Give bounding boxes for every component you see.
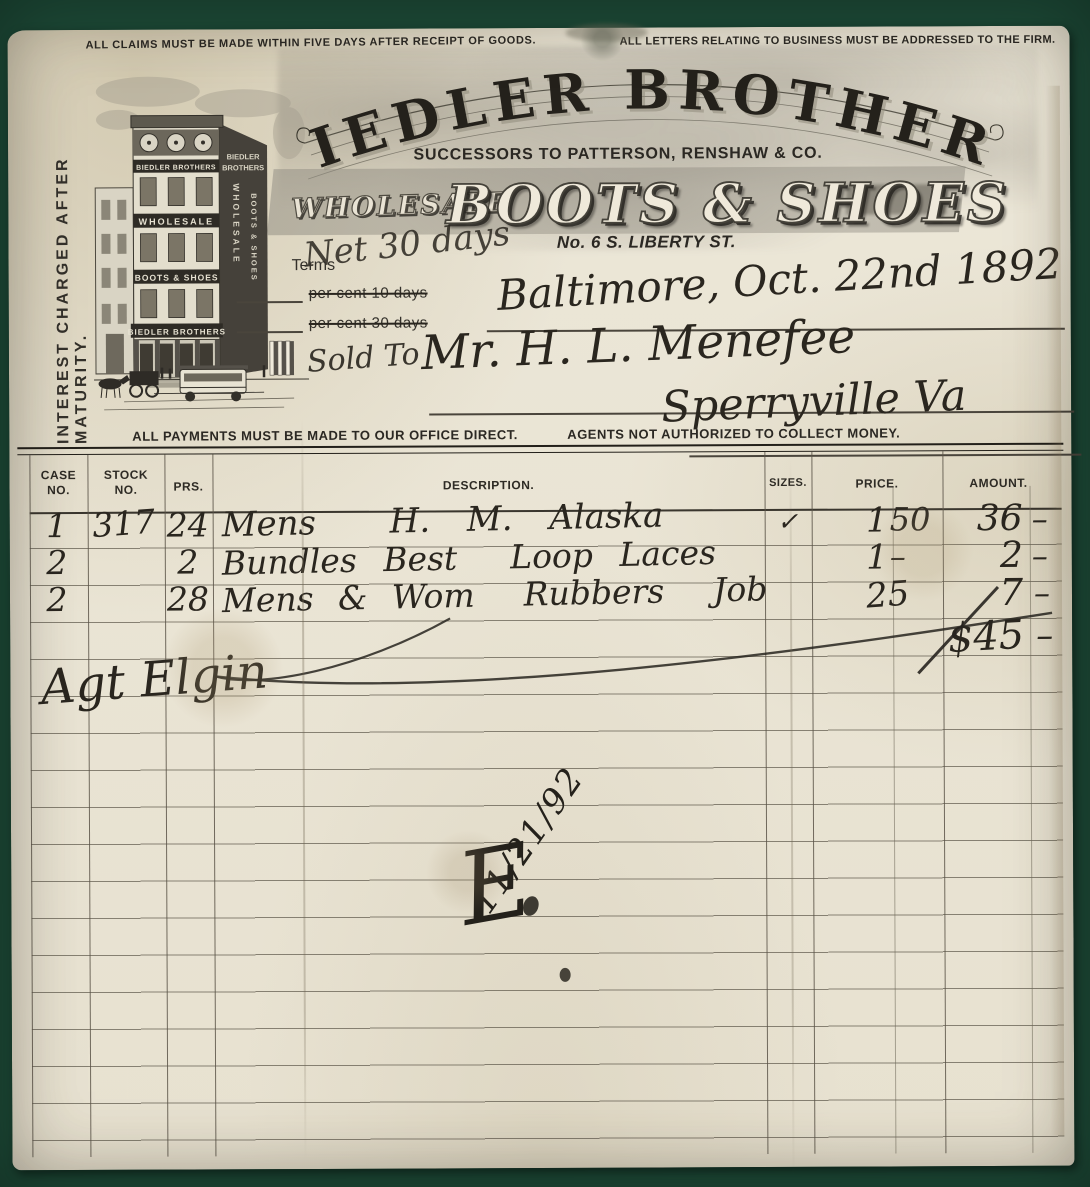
col-head-prs: PRS. [164, 479, 212, 494]
col-head-description: DESCRIPTION. [212, 477, 764, 494]
building-illustration: BIEDLER BROTHERS WHOLESALE BOOTS & SHOES… [93, 71, 310, 417]
side-sign-line2: BROTHERS [222, 163, 264, 172]
successors-line: SUCCESSORS TO PATTERSON, RENSHAW & CO. [338, 144, 898, 164]
row1-case: 1 [32, 506, 82, 545]
total-dash: – [1036, 616, 1066, 656]
row1-prs: 24 [163, 505, 213, 544]
col-head-price: PRICE. [811, 476, 942, 492]
street-address: No. 6 S. LIBERTY ST. [496, 232, 796, 253]
row2-price-dollars: 1 [812, 537, 888, 577]
row2-prs: 2 [163, 542, 213, 581]
product-word: BOOTS & SHOES [446, 170, 1009, 236]
row1-price-dollars: 1 [812, 500, 888, 540]
col-head-case: CASE NO. [29, 468, 87, 498]
side-sign-line4: BOOTS & SHOES [249, 193, 258, 282]
row3-price-cents: 25 [865, 572, 928, 616]
terms-option-30: per cent 30 days [309, 314, 428, 332]
building-sign-wholesale: WHOLESALE [139, 216, 215, 226]
customer-place: Sperryville Va [660, 371, 967, 433]
photograph-background: ALL CLAIMS MUST BE MADE WITHIN FIVE DAYS… [0, 0, 1090, 1187]
building-sign-storefront: BIEDLER BROTHERS [128, 327, 226, 336]
row3-amount-cents: – [1034, 574, 1064, 612]
place-underline [689, 454, 1081, 457]
row3-amount-dollars: 7 [943, 571, 1023, 614]
row1-sizes-check: ✓ [765, 507, 811, 536]
payments-notice: ALL PAYMENTS MUST BE MADE TO OUR OFFICE … [132, 427, 518, 444]
building-sign-product: BOOTS & SHOES [135, 272, 219, 282]
sold-to-label: Sold To [306, 337, 421, 380]
neighbor-building [95, 188, 134, 374]
striped-fence [270, 341, 294, 375]
total-amount: $45 [937, 612, 1025, 663]
agents-notice: AGENTS NOT AUTHORIZED TO COLLECT MONEY. [567, 425, 900, 441]
row1-price-cents: 50 [890, 500, 940, 538]
row3-case: 2 [32, 580, 82, 619]
col-head-sizes: SIZES. [764, 477, 811, 491]
col-head-stock: STOCK NO. [87, 468, 164, 498]
row2-price-cents: – [890, 537, 940, 575]
top-left-notice: ALL CLAIMS MUST BE MADE WITHIN FIVE DAYS… [86, 34, 537, 51]
row1-stock: 317 [84, 501, 163, 546]
terms-rule-2 [237, 331, 303, 333]
row2-amount-cents: – [1032, 537, 1062, 575]
top-right-notice: ALL LETTERS RELATING TO BUSINESS MUST BE… [620, 34, 1056, 48]
building-sign-top: BIEDLER BROTHERS [136, 164, 216, 171]
terms-option-10: per cent 10 days [309, 284, 428, 302]
row1-amount-cents: – [1032, 500, 1062, 538]
header-double-rule [17, 443, 1063, 456]
horse-carriage-illustration [99, 372, 158, 398]
row1-amount-dollars: 36 [943, 498, 1023, 539]
ink-blot-2 [560, 968, 571, 982]
side-sign-line1: BIEDLER [227, 152, 261, 161]
row3-prs: 28 [163, 579, 213, 618]
side-sign-line3: WHOLESALE [231, 183, 241, 264]
row2-case: 2 [32, 543, 82, 582]
col-head-amount: AMOUNT. [942, 476, 1054, 491]
billhead-paper: ALL CLAIMS MUST BE MADE WITHIN FIVE DAYS… [8, 26, 1075, 1171]
side-notice: INTEREST CHARGED AFTER MATURITY. [54, 72, 92, 444]
terms-label: Terms [292, 257, 336, 275]
terms-rule-1 [237, 301, 303, 303]
customer-name: Mr. H. L. Menefee [420, 309, 856, 381]
